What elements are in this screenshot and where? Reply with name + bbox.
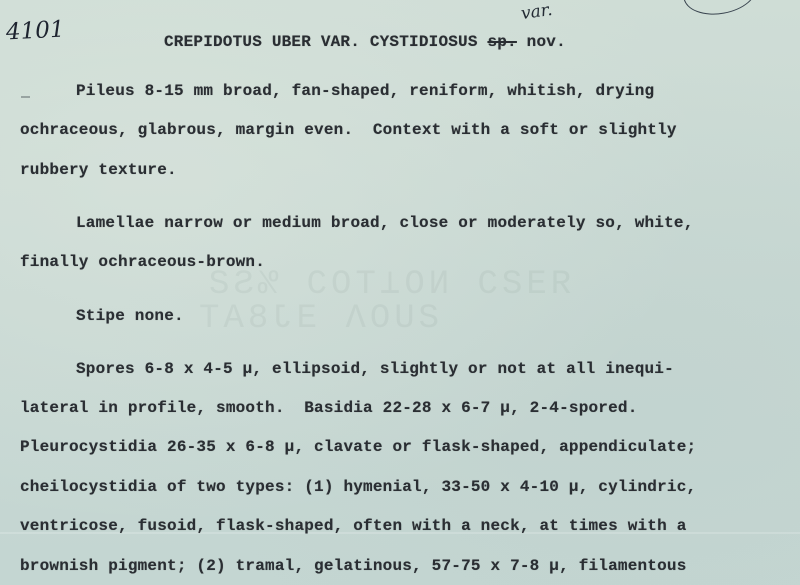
text-line: cheilocystidia of two types: (1) hymenia… xyxy=(20,478,696,496)
text-line: Spores 6-8 x 4-5 µ, ellipsoid, slightly … xyxy=(76,360,674,378)
handwritten-specimen-number: 4101 xyxy=(5,16,65,45)
text-line: rubbery texture. xyxy=(20,161,177,179)
text-line: Pileus 8-15 mm broad, fan-shaped, renifo… xyxy=(76,82,654,100)
title-prefix: CREPIDOTUS UBER VAR. CYSTIDIOSUS xyxy=(164,33,487,51)
text-line: brownish pigment; (2) tramal, gelatinous… xyxy=(20,557,687,575)
text-line: ventricose, fusoid, flask-shaped, often … xyxy=(20,517,687,535)
document-title: CREPIDOTUS UBER VAR. CYSTIDIOSUS sp. nov… xyxy=(164,33,566,51)
title-suffix: nov. xyxy=(517,33,566,51)
text-line: lateral in profile, smooth. Basidia 22-2… xyxy=(20,399,638,417)
text-line: Stipe none. xyxy=(76,307,184,325)
text-line: Pleurocystidia 26-35 x 6-8 µ, clavate or… xyxy=(20,438,696,456)
margin-mark xyxy=(21,96,30,98)
show-through-text: ƧUOɅ ƎJ8AT xyxy=(195,300,439,338)
text-line: Lamellae narrow or medium broad, close o… xyxy=(76,214,694,232)
title-struck-text: sp. xyxy=(487,33,516,51)
text-line: ochraceous, glabrous, margin even. Conte… xyxy=(20,121,677,139)
text-line: finally ochraceous-brown. xyxy=(20,253,265,271)
